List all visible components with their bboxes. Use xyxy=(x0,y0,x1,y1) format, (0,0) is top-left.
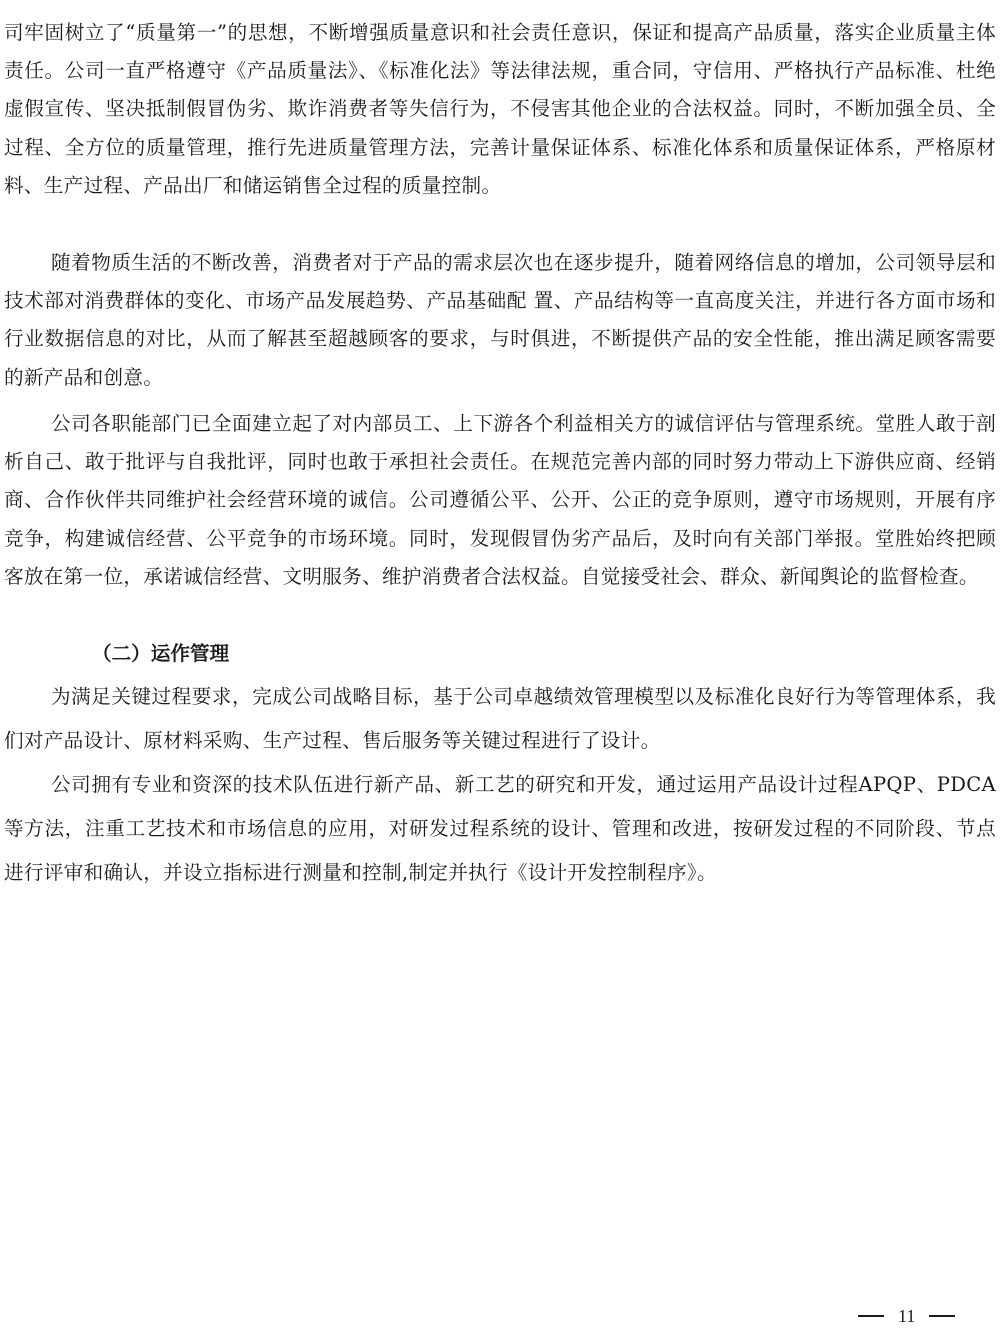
paragraph-quality-first: 司牢固树立了“质量第一”的思想，不断增强质量意识和社会责任意识，保证和提高产品质… xyxy=(4,14,996,205)
document-page: 司牢固树立了“质量第一”的思想，不断增强质量意识和社会责任意识，保证和提高产品质… xyxy=(0,0,1000,1333)
footer-dash-left xyxy=(858,1315,884,1317)
footer-dash-right xyxy=(929,1315,955,1317)
paragraph-key-processes: 为满足关键过程要求，完成公司战略目标，基于公司卓越绩效管理模型以及标准化良好行为… xyxy=(4,675,996,763)
paragraph-consumer-demand: 随着物质生活的不断改善，消费者对于产品的需求层次也在逐步提升，随着网络信息的增加… xyxy=(4,244,996,397)
section-heading-operations: （二）运作管理 xyxy=(92,639,229,669)
paragraph-integrity-system: 公司各职能部门已全面建立起了对内部员工、上下游各个利益相关方的诚信评估与管理系统… xyxy=(4,405,996,596)
page-number: 11 xyxy=(898,1306,915,1326)
page-footer: 11 xyxy=(858,1306,955,1326)
paragraph-rnd-team: 公司拥有专业和资深的技术队伍进行新产品、新工艺的研究和开发，通过运用产品设计过程… xyxy=(4,763,996,895)
